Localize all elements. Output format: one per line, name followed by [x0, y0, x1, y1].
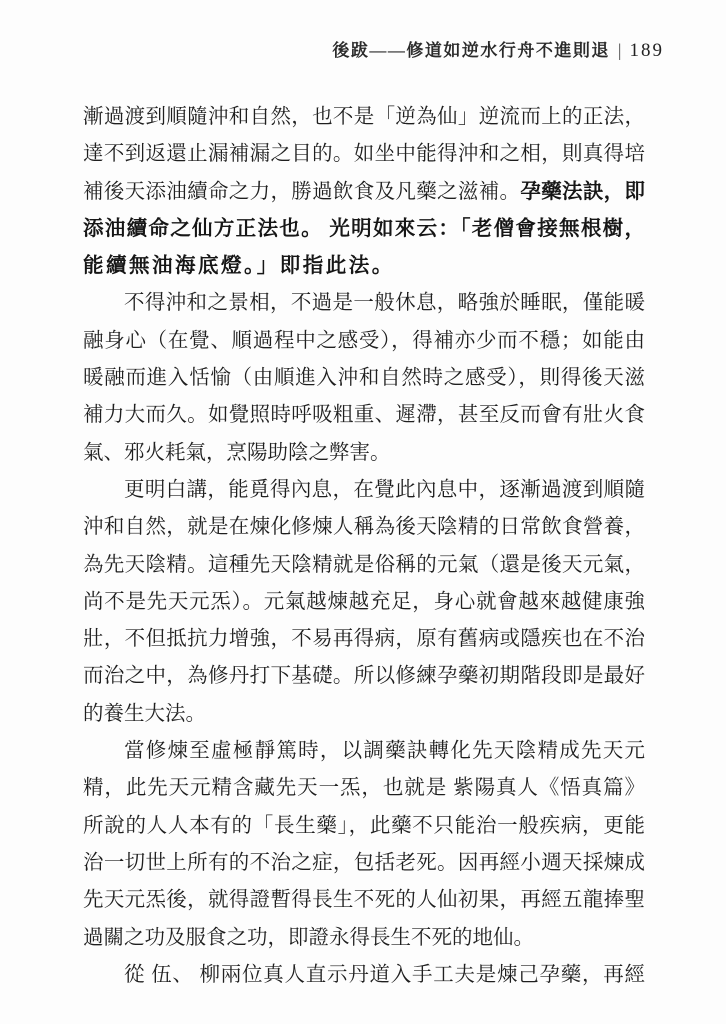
page-number: 189 [630, 40, 665, 62]
text-line-5: 能續無油海底燈。」即指此法。 [83, 248, 645, 285]
text-line-11: 更明白講，能覓得內息，在覺此內息中，逐漸過渡到順隨 [83, 472, 645, 509]
text-line-15: 壯，不但抵抗力增強，不易再得病，原有舊病或隱疾也在不治 [83, 621, 645, 658]
text-line-16: 而治之中，為修丹打下基礎。所以修練孕藥初期階段即是最好 [83, 658, 645, 695]
text-segment: 所說的人人本有的「長生藥」，此藥不只能治一般疾病，更能 [83, 815, 645, 837]
text-line-4: 添油續命之仙方正法也。 光明如來云：「老僧會接無根樹， [83, 211, 645, 248]
text-segment: 治一切世上所有的不治之症，包括老死。因再經小週天採煉成 [83, 852, 645, 874]
text-line-9: 補力大而久。如覺照時呼吸粗重、遲滯，甚至反而會有壯火食 [83, 397, 645, 434]
text-segment: 暖融而進入恬愉（由順進入沖和自然時之感受），則得後天滋 [83, 367, 645, 389]
text-segment: 過關之功及服食之功，即證永得長生不死的地仙。 [83, 927, 534, 949]
running-header: 後跋——修道如逆水行舟不進則退 | 189 [332, 36, 664, 62]
header-separator: | [610, 40, 630, 61]
text-segment: 從 伍、 柳兩位真人直示丹道入手工夫是煉己孕藥，再經 [124, 964, 645, 986]
emphasis-text-segment: 添油續命之仙方正法也。 光明如來云：「老僧會接無根樹， [83, 218, 645, 240]
text-segment: 補力大而久。如覺照時呼吸粗重、遲滯，甚至反而會有壯火食 [83, 404, 645, 426]
text-line-2: 達不到返還止漏補漏之目的。如坐中能得沖和之相，則真得培 [83, 136, 645, 173]
text-line-21: 治一切世上所有的不治之症，包括老死。因再經小週天採煉成 [83, 845, 645, 882]
text-segment: 尚不是先天元炁）。元氣越煉越充足，身心就會越來越健康強 [83, 591, 645, 613]
text-line-12: 沖和自然，就是在煉化修煉人稱為後天陰精的日常飲食營養， [83, 509, 645, 546]
text-segment: 而治之中，為修丹打下基礎。所以修練孕藥初期階段即是最好 [83, 665, 645, 687]
text-segment: 為先天陰精。這種先天陰精就是俗稱的元氣（還是後天元氣， [83, 554, 645, 576]
text-segment: 融身心（在覺、順過程中之感受），得補亦少而不穩；如能由 [83, 330, 645, 352]
text-line-6: 不得沖和之景相，不過是一般休息，略強於睡眠，僅能暖 [83, 285, 645, 322]
text-segment: 沖和自然，就是在煉化修煉人稱為後天陰精的日常飲食營養， [83, 516, 645, 538]
text-segment: 壯，不但抵抗力增強，不易再得病，原有舊病或隱疾也在不治 [83, 628, 645, 650]
emphasis-text-segment: 能續無油海底燈。」即指此法。 [83, 255, 395, 277]
text-line-23: 過關之功及服食之功，即證永得長生不死的地仙。 [83, 920, 645, 957]
text-segment: 不得沖和之景相，不過是一般休息，略強於睡眠，僅能暖 [124, 292, 645, 314]
body-text: 漸過渡到順隨沖和自然，也不是「逆為仙」逆流而上的正法，達不到返還止漏補漏之目的。… [83, 99, 645, 994]
text-segment: 更明白講，能覓得內息，在覺此內息中，逐漸過渡到順隨 [124, 479, 645, 501]
text-segment: 漸過渡到順隨沖和自然，也不是「逆為仙」逆流而上的正法， [83, 106, 645, 128]
text-segment: 精，此先天元精含藏先天一炁，也就是 紫陽真人《悟真篇》 [83, 777, 645, 799]
text-line-1: 漸過渡到順隨沖和自然，也不是「逆為仙」逆流而上的正法， [83, 99, 645, 136]
text-line-3: 補後天添油續命之力，勝過飲食及凡藥之滋補。孕藥法訣，即 [83, 174, 645, 211]
text-segment: 補後天添油續命之力，勝過飲食及凡藥之滋補。 [83, 181, 520, 203]
text-segment: 的養生大法。 [83, 703, 206, 725]
text-segment: 先天元炁後，就得證暫得長生不死的人仙初果，再經五龍捧聖 [83, 889, 645, 911]
text-line-8: 暖融而進入恬愉（由順進入沖和自然時之感受），則得後天滋 [83, 360, 645, 397]
text-line-22: 先天元炁後，就得證暫得長生不死的人仙初果，再經五龍捧聖 [83, 882, 645, 919]
text-line-7: 融身心（在覺、順過程中之感受），得補亦少而不穩；如能由 [83, 323, 645, 360]
text-line-18: 當修煉至虛極靜篤時，以調藥訣轉化先天陰精成先天元 [83, 733, 645, 770]
emphasis-text-segment: 孕藥法訣，即 [520, 181, 645, 203]
text-line-20: 所說的人人本有的「長生藥」，此藥不只能治一般疾病，更能 [83, 808, 645, 845]
text-line-19: 精，此先天元精含藏先天一炁，也就是 紫陽真人《悟真篇》 [83, 770, 645, 807]
text-line-14: 尚不是先天元炁）。元氣越煉越充足，身心就會越來越健康強 [83, 584, 645, 621]
text-segment: 當修煉至虛極靜篤時，以調藥訣轉化先天陰精成先天元 [124, 740, 645, 762]
text-line-17: 的養生大法。 [83, 696, 645, 733]
chapter-title: 後跋——修道如逆水行舟不進則退 [332, 36, 610, 61]
text-line-10: 氣、邪火耗氣，烹陽助陰之弊害。 [83, 435, 645, 472]
text-line-24: 從 伍、 柳兩位真人直示丹道入手工夫是煉己孕藥，再經 [83, 957, 645, 994]
book-page: 後跋——修道如逆水行舟不進則退 | 189 漸過渡到順隨沖和自然，也不是「逆為仙… [0, 0, 726, 1024]
text-segment: 達不到返還止漏補漏之目的。如坐中能得沖和之相，則真得培 [83, 143, 645, 165]
text-line-13: 為先天陰精。這種先天陰精就是俗稱的元氣（還是後天元氣， [83, 547, 645, 584]
text-segment: 氣、邪火耗氣，烹陽助陰之弊害。 [83, 442, 391, 464]
